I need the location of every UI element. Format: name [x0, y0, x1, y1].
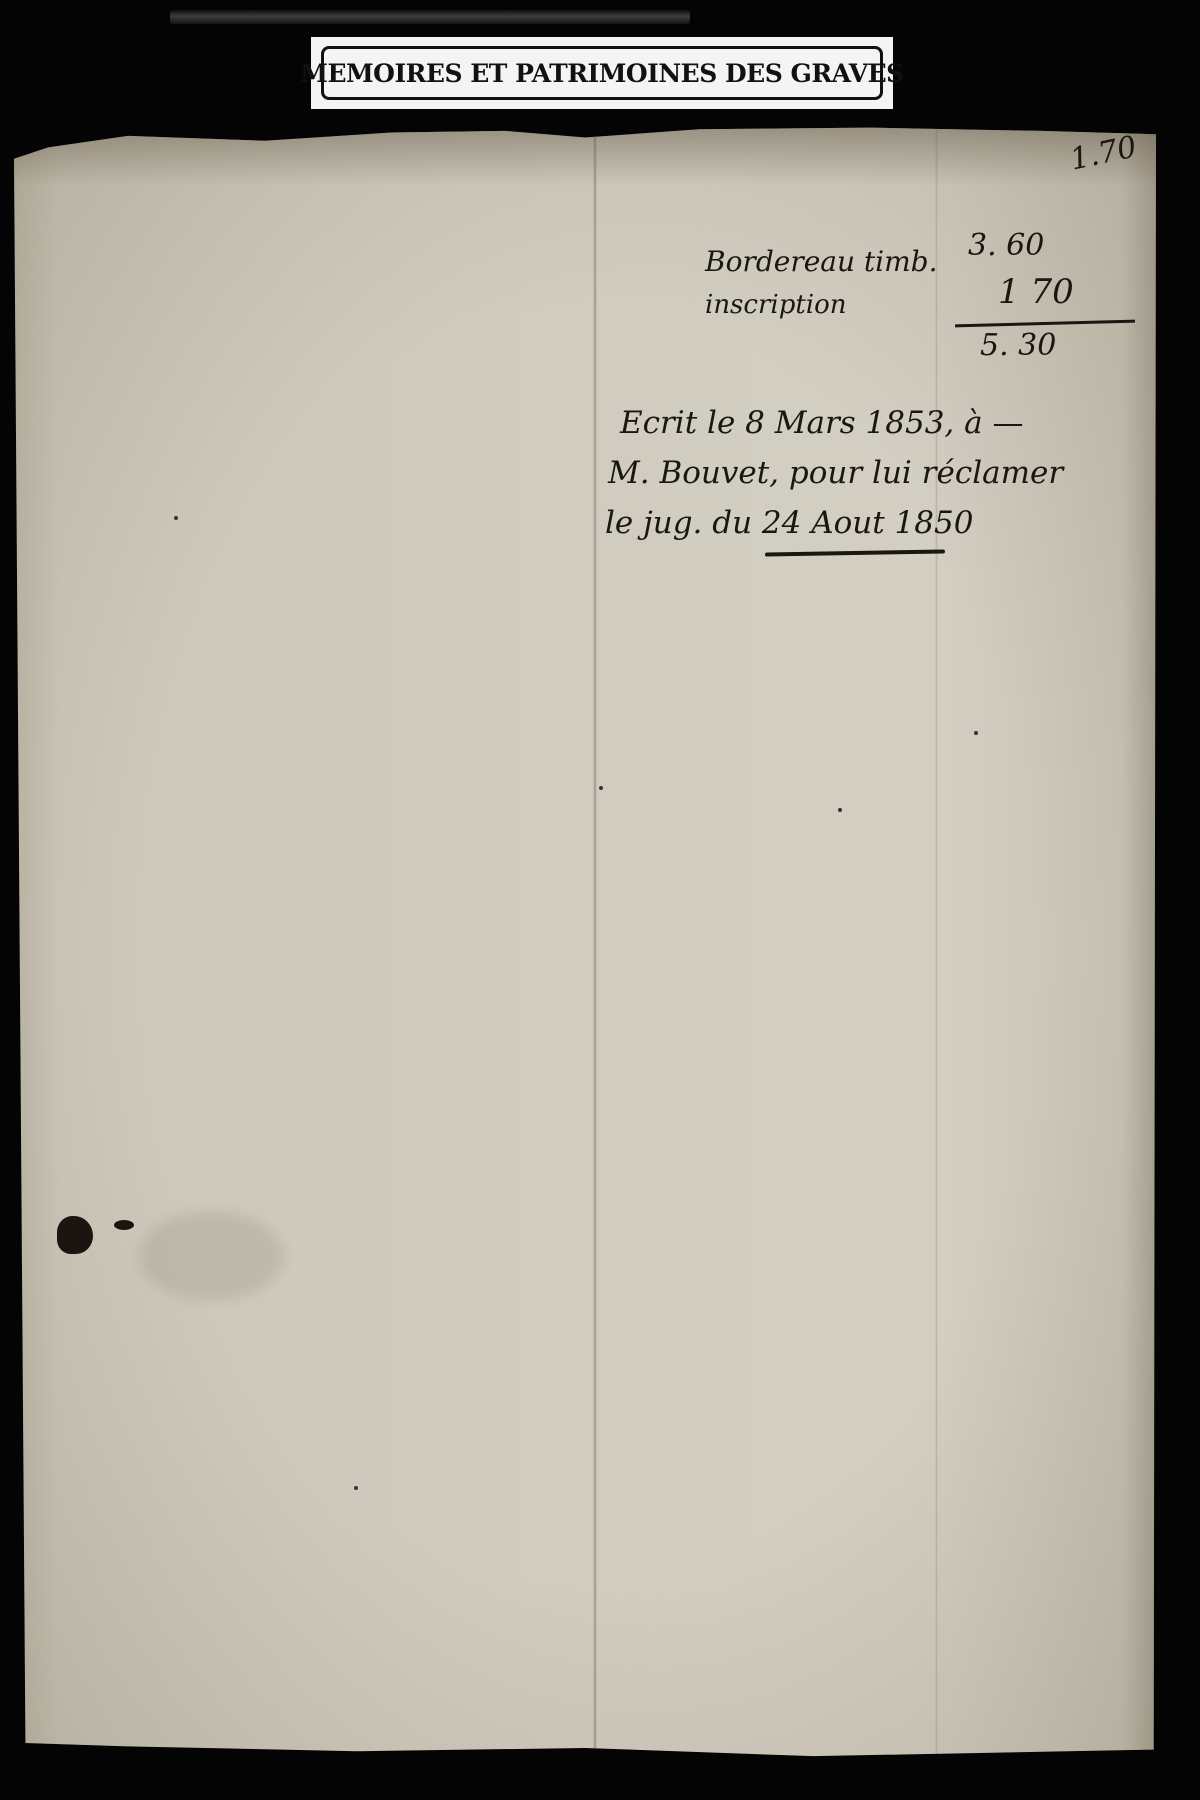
- water-stain: [139, 1211, 284, 1301]
- note-line-2: M. Bouvet, pour lui réclamer: [608, 455, 1063, 491]
- top-edge-stain: [14, 126, 1156, 186]
- ink-speck: [354, 1486, 358, 1490]
- ledger-label-bordereau: Bordereau timb.: [705, 245, 937, 278]
- center-fold-line: [593, 126, 597, 1766]
- ink-speck: [599, 786, 603, 790]
- ink-speck: [974, 731, 978, 735]
- scanner-shelf-edge: [170, 10, 690, 24]
- archive-label-text: MEMOIRES ET PATRIMOINES DES GRAVES: [300, 59, 903, 88]
- paper-hole: [57, 1216, 93, 1254]
- ledger-amount-2: 1 70: [998, 272, 1074, 312]
- archive-label: MEMOIRES ET PATRIMOINES DES GRAVES: [311, 37, 893, 109]
- paper-hole-small: [114, 1220, 134, 1230]
- document-page: [14, 126, 1156, 1766]
- note-line-1: Ecrit le 8 Mars 1853, à —: [620, 405, 1023, 441]
- note-line-3: le jug. du 24 Aout 1850: [605, 505, 973, 541]
- ledger-amount-1: 3. 60: [968, 228, 1044, 263]
- secondary-fold-line: [935, 126, 938, 1766]
- ink-speck: [838, 808, 842, 812]
- archive-label-frame: MEMOIRES ET PATRIMOINES DES GRAVES: [321, 46, 883, 100]
- ledger-label-inscription: inscription: [705, 290, 847, 320]
- ink-speck: [174, 516, 178, 520]
- ledger-total: 5. 30: [980, 328, 1056, 363]
